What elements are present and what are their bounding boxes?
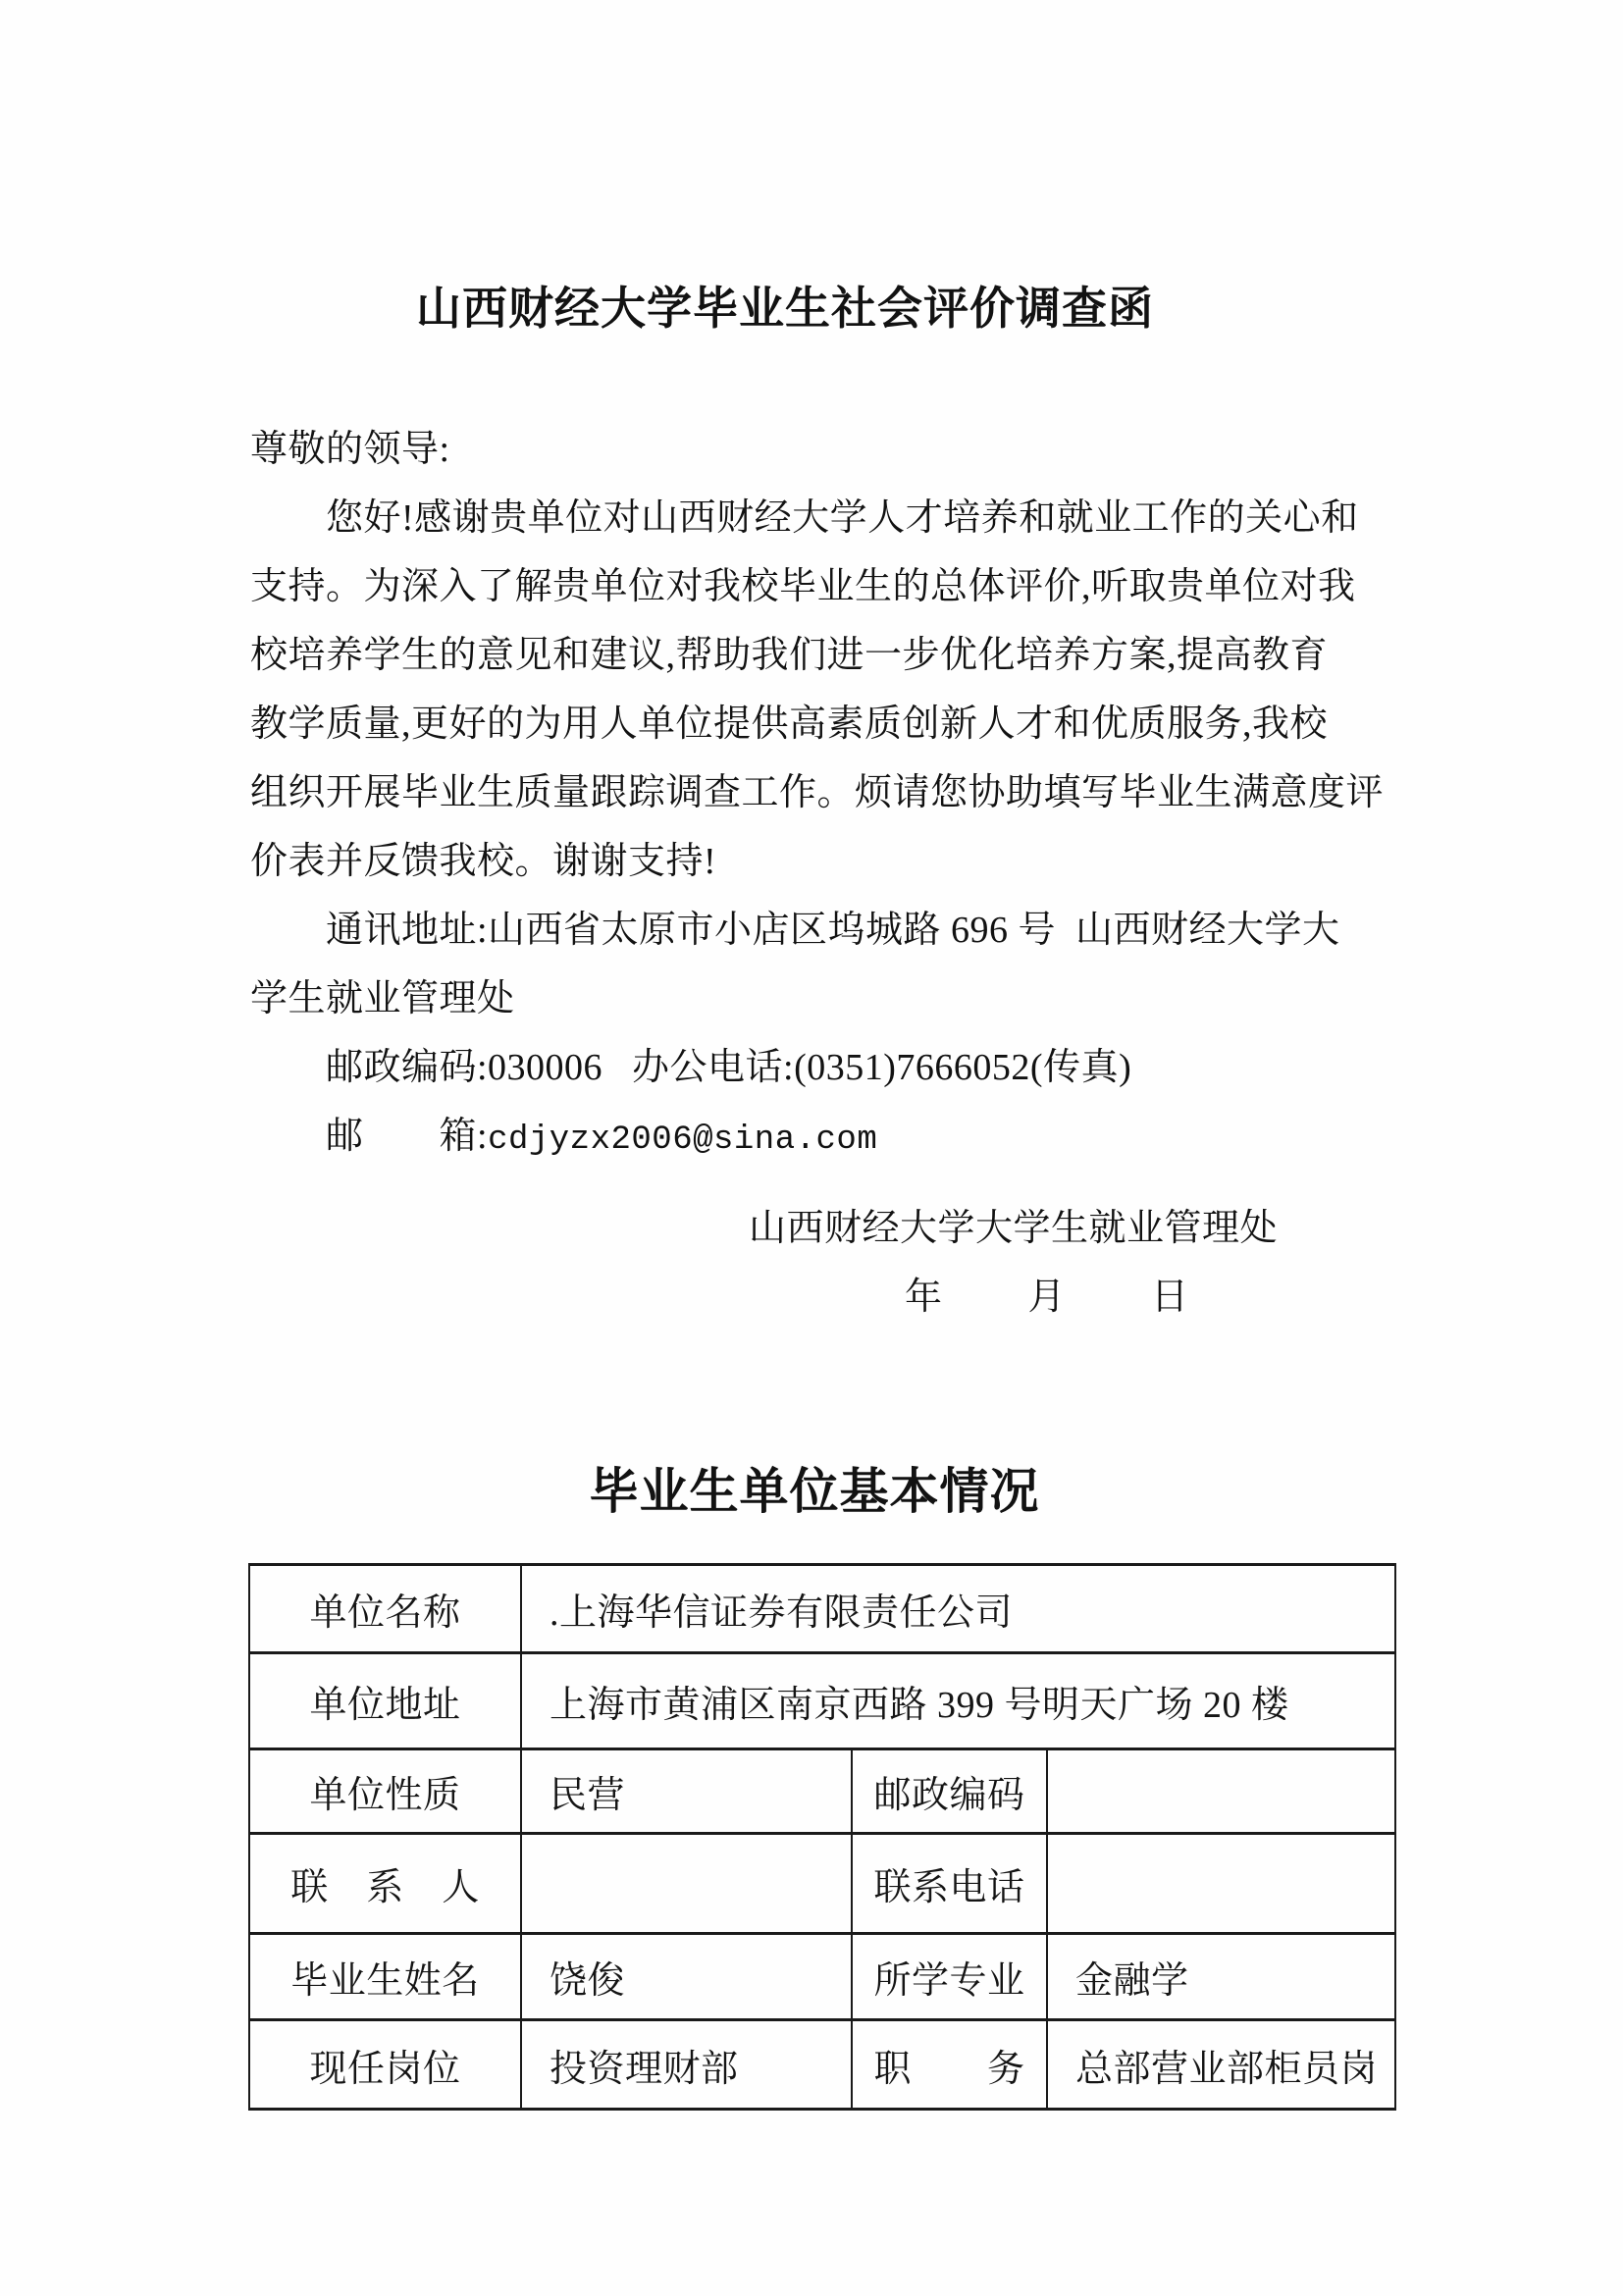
cell-label-major: 所学专业 — [852, 1934, 1047, 2020]
cell-label-contact-person: 联 系 人 — [249, 1834, 521, 1934]
signature: 山西财经大学大学生就业管理处 — [250, 1194, 1398, 1263]
cell-value-duty: 总部营业部柜员岗 — [1047, 2020, 1395, 2110]
cell-value-contact-phone — [1047, 1834, 1395, 1934]
cell-label-postal-code: 邮政编码 — [852, 1749, 1047, 1834]
section-title: 毕业生单位基本情况 — [250, 1460, 1379, 1523]
table-row-unit-name: 单位名称 .上海华信证券有限责任公司 — [249, 1565, 1395, 1653]
cell-label-unit-address: 单位地址 — [249, 1653, 521, 1749]
letter-line: 支持。为深入了解贵单位对我校毕业生的总体评价,听取贵单位对我 — [250, 552, 1398, 621]
cell-label-duty: 职 务 — [852, 2020, 1047, 2110]
table-row-unit-address: 单位地址 上海市黄浦区南京西路 399 号明天广场 20 楼 — [249, 1653, 1395, 1749]
cell-value-unit-address: 上海市黄浦区南京西路 399 号明天广场 20 楼 — [521, 1653, 1395, 1749]
email-address: cdjyzx2006@sina.com — [488, 1122, 877, 1159]
letter-line: 通讯地址:山西省太原市小店区坞城路 696 号 山西财经大学大 — [250, 896, 1398, 965]
email-line: 邮 箱:cdjyzx2006@sina.com — [250, 1102, 1398, 1174]
cell-label-current-post: 现任岗位 — [249, 2020, 521, 2110]
letter-lines: 您好!感谢贵单位对山西财经大学人才培养和就业工作的关心和支持。为深入了解贵单位对… — [250, 484, 1398, 1102]
letter-line: 校培养学生的意见和建议,帮助我们进一步优化培养方案,提高教育 — [250, 621, 1398, 690]
letter-line: 价表并反馈我校。谢谢支持! — [250, 827, 1398, 896]
cell-label-graduate-name: 毕业生姓名 — [249, 1934, 521, 2020]
cell-value-postal-code — [1047, 1749, 1395, 1834]
date-line: 年 月 日 — [250, 1263, 1398, 1331]
letter-line: 组织开展毕业生质量跟踪调查工作。烦请您协助填写毕业生满意度评 — [250, 758, 1398, 827]
table-row-graduate: 毕业生姓名 饶俊 所学专业 金融学 — [249, 1934, 1395, 2020]
cell-value-unit-type: 民营 — [521, 1749, 852, 1834]
letter-line: 学生就业管理处 — [250, 965, 1398, 1033]
document-page: 山西财经大学毕业生社会评价调查函 尊敬的领导: 您好!感谢贵单位对山西财经大学人… — [0, 0, 1623, 2296]
cell-value-unit-name: .上海华信证券有限责任公司 — [521, 1565, 1395, 1653]
table-row-unit-type: 单位性质 民营 邮政编码 — [249, 1749, 1395, 1834]
cell-value-current-post: 投资理财部 — [521, 2020, 852, 2110]
cell-value-major: 金融学 — [1047, 1934, 1395, 2020]
letter-body: 尊敬的领导: 您好!感谢贵单位对山西财经大学人才培养和就业工作的关心和支持。为深… — [250, 415, 1398, 1331]
cell-label-contact-phone: 联系电话 — [852, 1834, 1047, 1934]
letter-line: 教学质量,更好的为用人单位提供高素质创新人才和优质服务,我校 — [250, 690, 1398, 758]
cell-value-contact-person — [521, 1834, 852, 1934]
greeting: 尊敬的领导: — [250, 415, 1398, 484]
email-label: 邮 箱: — [250, 1116, 488, 1157]
table-row-position: 现任岗位 投资理财部 职 务 总部营业部柜员岗 — [249, 2020, 1395, 2110]
cell-label-unit-name: 单位名称 — [249, 1565, 521, 1653]
letter-title: 山西财经大学毕业生社会评价调查函 — [221, 277, 1349, 341]
table-row-contact: 联 系 人 联系电话 — [249, 1834, 1395, 1934]
letter-line: 您好!感谢贵单位对山西财经大学人才培养和就业工作的关心和 — [250, 484, 1398, 552]
cell-value-graduate-name: 饶俊 — [521, 1934, 852, 2020]
graduate-unit-table: 单位名称 .上海华信证券有限责任公司 单位地址 上海市黄浦区南京西路 399 号… — [248, 1563, 1396, 2111]
cell-label-unit-type: 单位性质 — [249, 1749, 521, 1834]
letter-line: 邮政编码:030006 办公电话:(0351)7666052(传真) — [250, 1033, 1398, 1102]
